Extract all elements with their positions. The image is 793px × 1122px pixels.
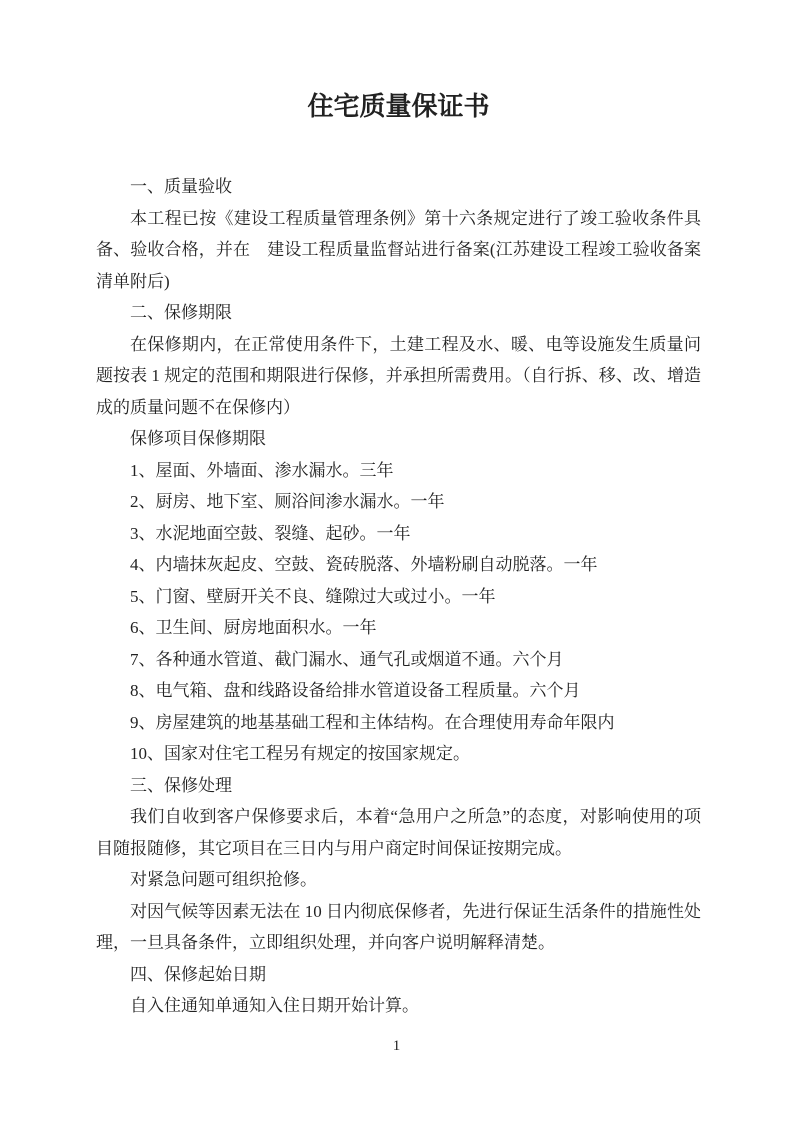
section-heading-warranty-handling: 三、保修处理	[96, 770, 701, 802]
page-number: 1	[0, 1036, 793, 1056]
list-item-7: 7、各种通水管道、截门漏水、通气孔或烟道不通。六个月	[96, 644, 701, 676]
section-heading-warranty-start-date: 四、保修起始日期	[96, 959, 701, 991]
paragraph-emergency-repair: 对紧急问题可组织抢修。	[96, 864, 701, 896]
paragraph-acceptance-statement: 本工程已按《建设工程质量管理条例》第十六条规定进行了竣工验收条件具备、验收合格，…	[96, 203, 701, 298]
subheading-warranty-items: 保修项目保修期限	[96, 423, 701, 455]
paragraph-warranty-scope: 在保修期内，在正常使用条件下，土建工程及水、暖、电等设施发生质量问题按表 1 规…	[96, 329, 701, 424]
paragraph-handling-response: 我们自收到客户保修要求后，本着“急用户之所急”的态度，对影响使用的项目随报随修，…	[96, 801, 701, 864]
list-item-5: 5、门窗、壁厨开关不良、缝隙过大或过小。一年	[96, 581, 701, 613]
paragraph-weather-delay: 对因气候等因素无法在 10 日内彻底保修者，先进行保证生活条件的措施性处理，一旦…	[96, 896, 701, 959]
list-item-9: 9、房屋建筑的地基基础工程和主体结构。在合理使用寿命年限内	[96, 707, 701, 739]
section-heading-quality-acceptance: 一、质量验收	[96, 171, 701, 203]
paragraph-start-date: 自入住通知单通知入住日期开始计算。	[96, 990, 701, 1022]
section-heading-warranty-period: 二、保修期限	[96, 297, 701, 329]
document-page: 住宅质量保证书 一、质量验收 本工程已按《建设工程质量管理条例》第十六条规定进行…	[0, 0, 793, 1122]
list-item-4: 4、内墙抹灰起皮、空鼓、瓷砖脱落、外墙粉刷自动脱落。一年	[96, 549, 701, 581]
document-body: 住宅质量保证书 一、质量验收 本工程已按《建设工程质量管理条例》第十六条规定进行…	[0, 0, 793, 1022]
list-item-2: 2、厨房、地下室、厕浴间渗水漏水。一年	[96, 486, 701, 518]
list-item-3: 3、水泥地面空鼓、裂缝、起砂。一年	[96, 518, 701, 550]
list-item-6: 6、卫生间、厨房地面积水。一年	[96, 612, 701, 644]
document-title: 住宅质量保证书	[96, 88, 701, 126]
list-item-1: 1、屋面、外墙面、渗水漏水。三年	[96, 455, 701, 487]
list-item-10: 10、国家对住宅工程另有规定的按国家规定。	[96, 738, 701, 770]
list-item-8: 8、电气箱、盘和线路设备给排水管道设备工程质量。六个月	[96, 675, 701, 707]
